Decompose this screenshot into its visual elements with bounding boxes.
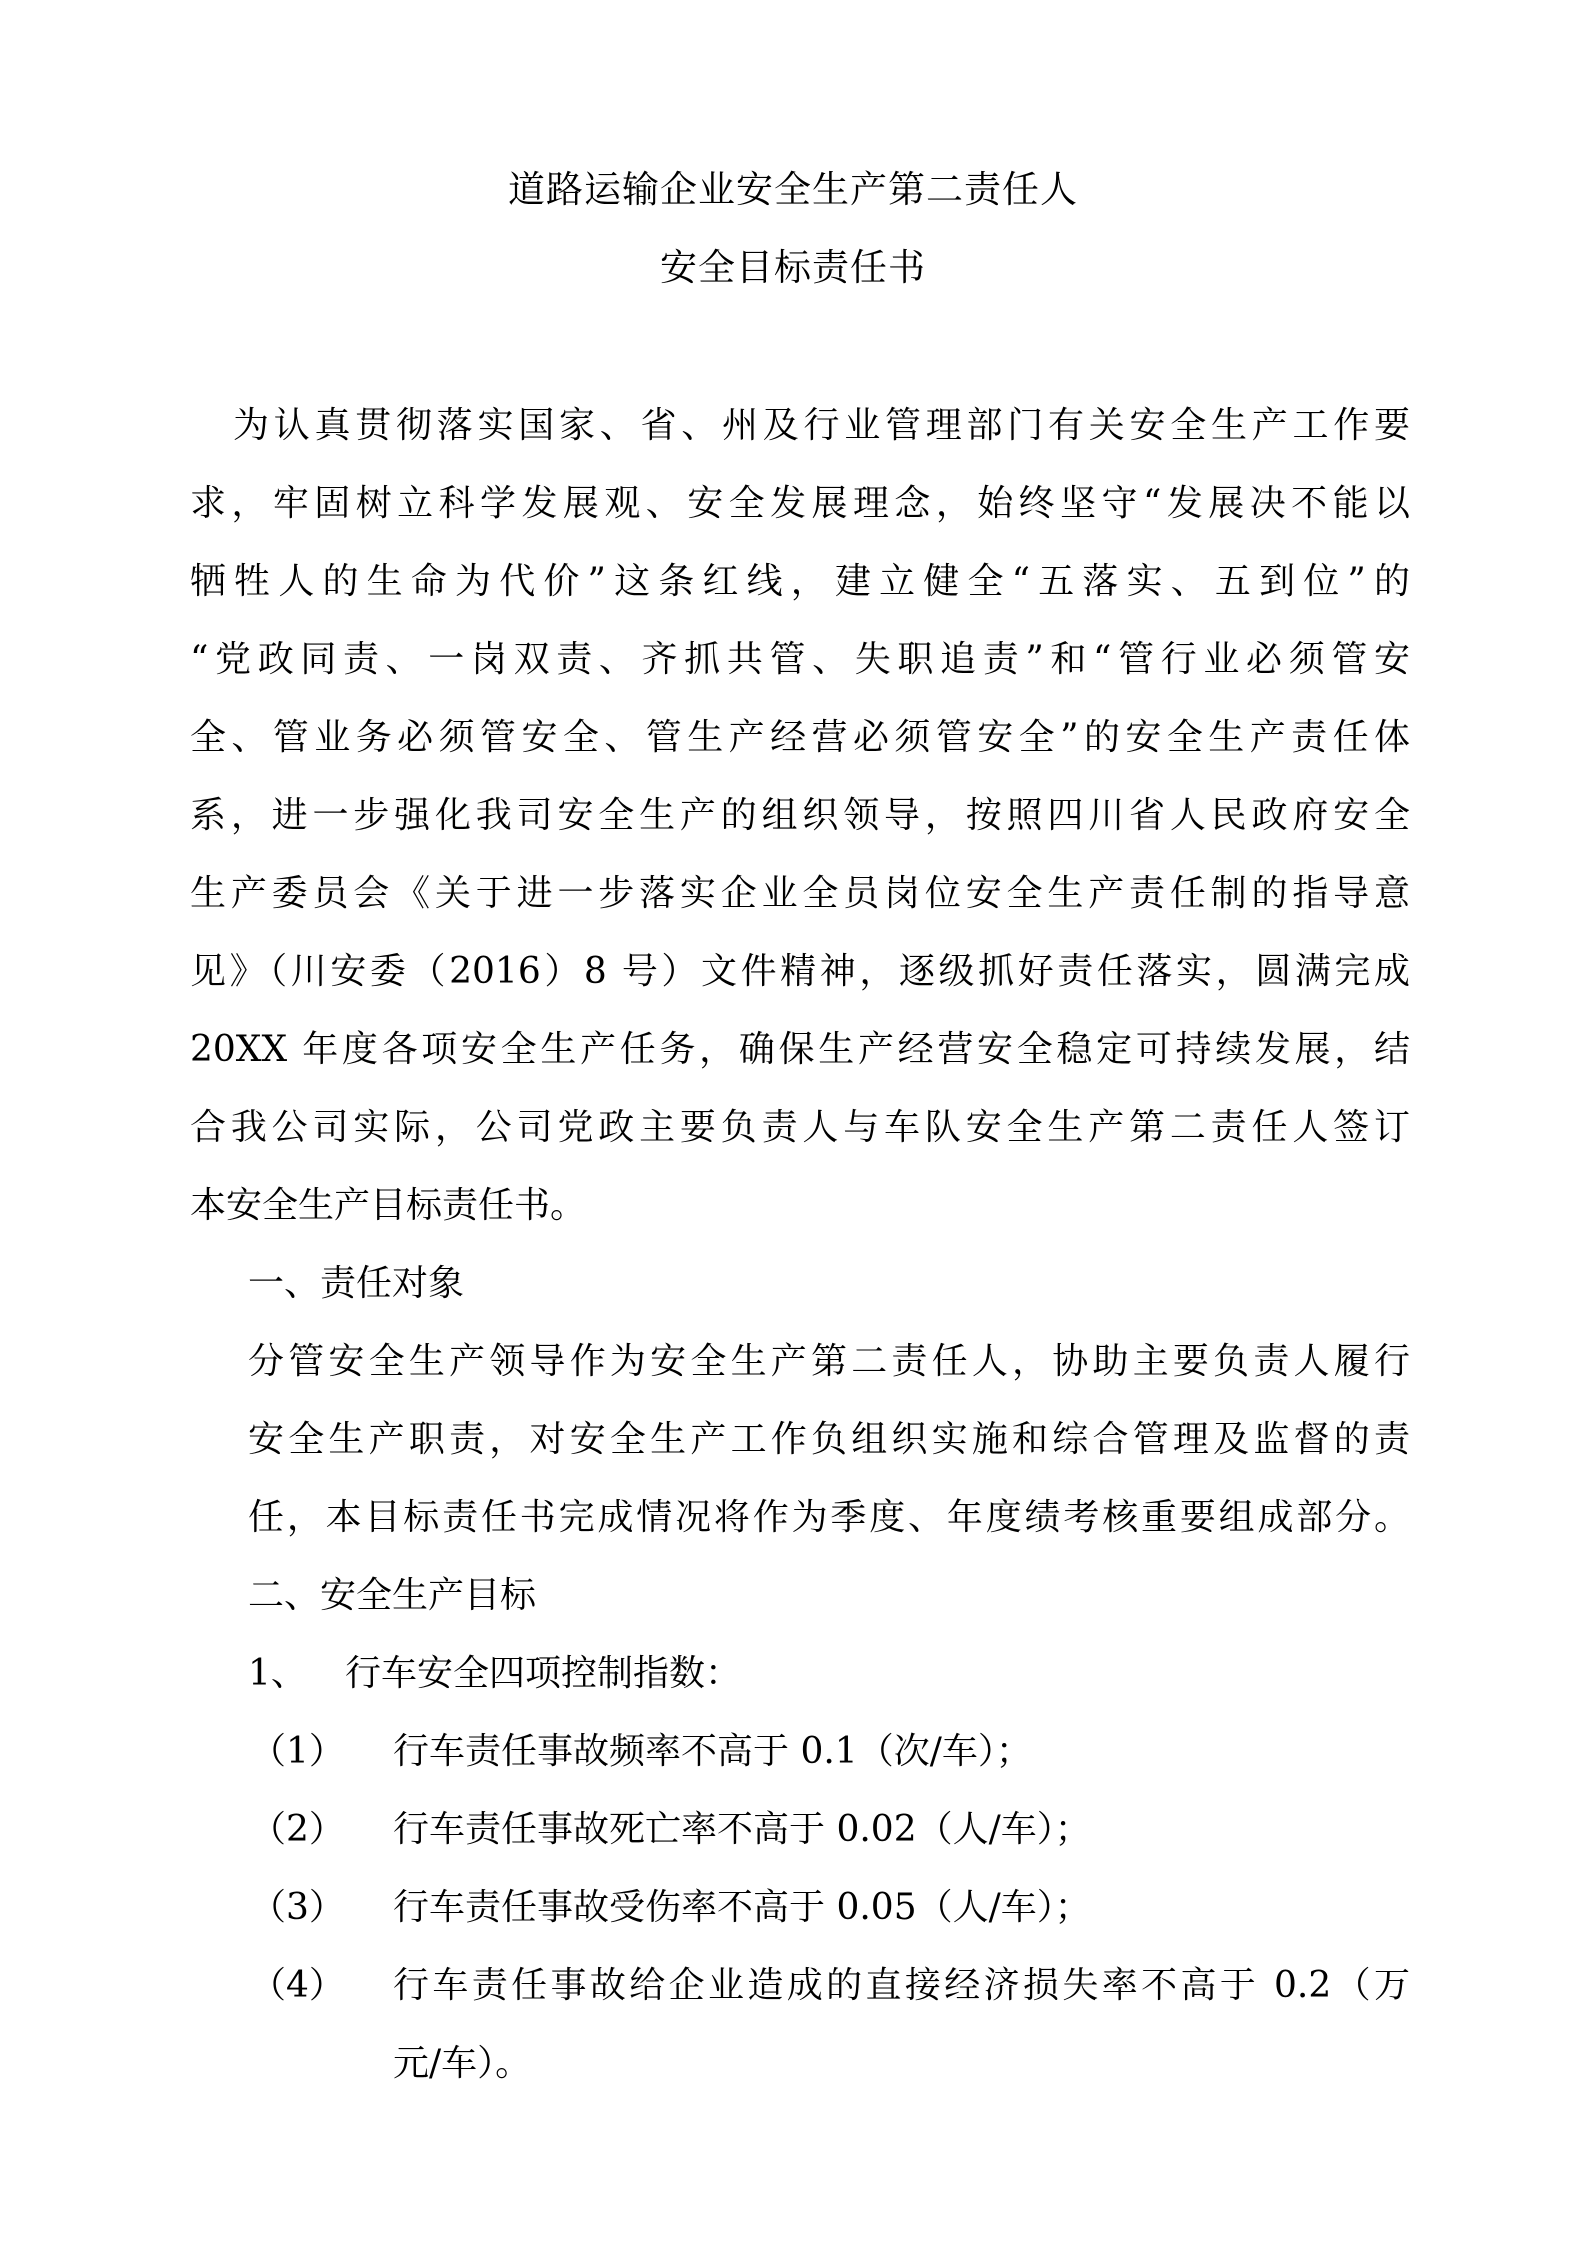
intro-line: 20XX 年度各项安全生产任务，确保生产经营安全稳定可持续发展，结: [190, 1028, 1410, 1072]
sub-item-text: 行车责任事故死亡率不高于 0.02（人/车）；: [393, 1808, 1091, 1852]
sub-item-number: （1）: [250, 1730, 345, 1774]
item-number: 1、: [248, 1652, 307, 1696]
section-line: 分管安全生产领导作为安全生产第二责任人，协助主要负责人履行: [248, 1340, 1410, 1384]
intro-line: 系，进一步强化我司安全生产的组织领导，按照四川省人民政府安全: [190, 794, 1410, 838]
section-heading: 二、安全生产目标: [248, 1574, 1410, 1618]
document-title: 道路运输企业安全生产第二责任人: [0, 168, 1586, 212]
intro-line: “党政同责、一岗双责、齐抓共管、失职追责”和“管行业必须管安: [190, 638, 1410, 682]
intro-line: 合我公司实际，公司党政主要负责人与车队安全生产第二责任人签订: [190, 1106, 1410, 1150]
sub-item-text: 行车责任事故给企业造成的直接经济损失率不高于 0.2（万: [393, 1964, 1410, 2008]
intro-line: 见》（川安委（2016）8 号）文件精神，逐级抓好责任落实，圆满完成: [190, 950, 1410, 994]
intro-line: 本安全生产目标责任书。: [190, 1184, 1410, 1228]
section-line: 安全生产职责，对安全生产工作负组织实施和综合管理及监督的责: [248, 1418, 1410, 1462]
intro-line: 求，牢固树立科学发展观、安全发展理念，始终坚守“发展决不能以: [190, 482, 1410, 526]
item-text: 行车安全四项控制指数：: [345, 1652, 741, 1696]
sub-item-continuation: 元/车）。: [393, 2042, 531, 2086]
document-subtitle: 安全目标责任书: [0, 246, 1586, 290]
sub-item-text: 行车责任事故频率不高于 0.1（次/车）；: [393, 1730, 1032, 1774]
intro-line: 生产委员会《关于进一步落实企业全员岗位安全生产责任制的指导意: [190, 872, 1410, 916]
sub-item-text: 行车责任事故受伤率不高于 0.05（人/车）；: [393, 1886, 1091, 1930]
intro-line: 牺牲人的生命为代价”这条红线，建立健全“五落实、五到位”的: [190, 560, 1410, 604]
intro-line: 全、管业务必须管安全、管生产经营必须管安全”的安全生产责任体: [190, 716, 1410, 760]
sub-item-number: （2）: [250, 1808, 345, 1852]
sub-item-number: （3）: [250, 1886, 345, 1930]
sub-item-number: （4）: [250, 1964, 345, 2008]
section-line: 任，本目标责任书完成情况将作为季度、年度绩考核重要组成部分。: [248, 1496, 1410, 1540]
section-heading: 一、责任对象: [248, 1262, 1410, 1306]
intro-line: 为认真贯彻落实国家、省、州及行业管理部门有关安全生产工作要: [233, 404, 1410, 448]
